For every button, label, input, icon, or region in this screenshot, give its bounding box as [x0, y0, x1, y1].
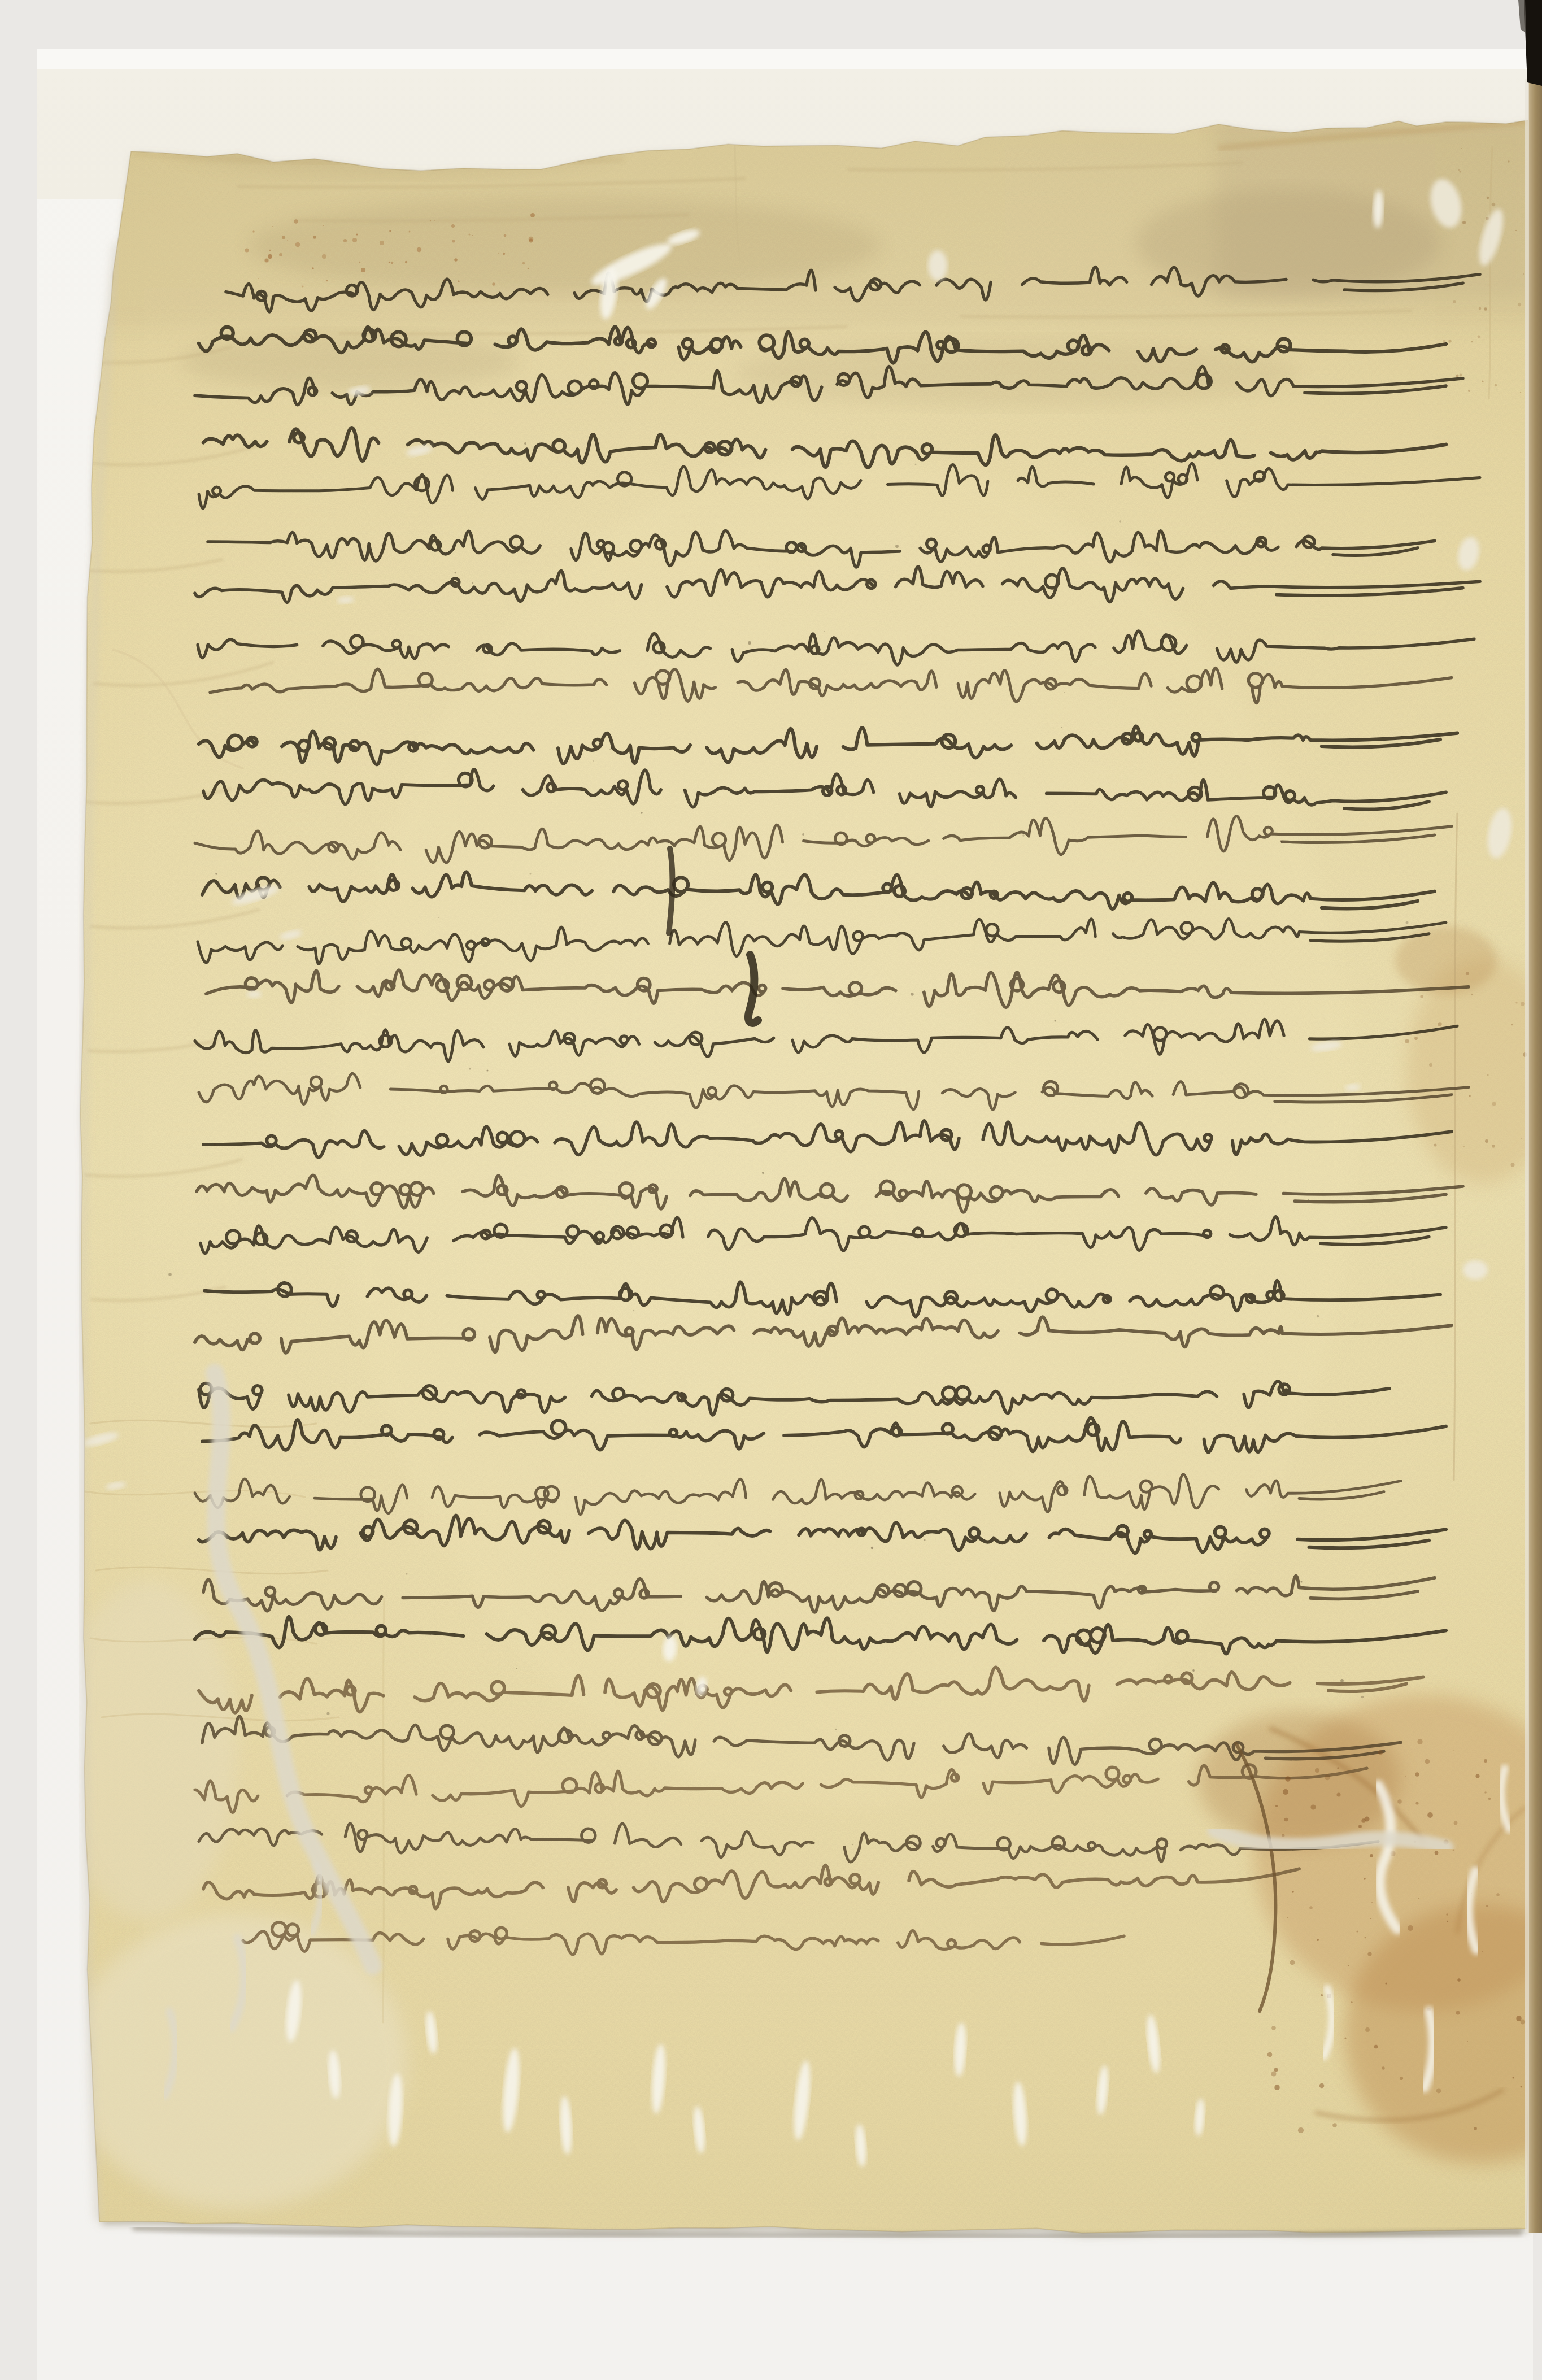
corner-strip-shadow [1518, 0, 1526, 33]
manuscript-scan-photo [0, 0, 1542, 2380]
manuscript-page [56, 85, 1542, 2288]
manuscript-page-layer [0, 0, 1542, 2380]
black-corner-strip [1524, 0, 1542, 86]
fore-edge-highlight [1525, 79, 1529, 2233]
book-fore-edge-strip [1528, 79, 1542, 2233]
manuscript-svg [0, 0, 1542, 2380]
